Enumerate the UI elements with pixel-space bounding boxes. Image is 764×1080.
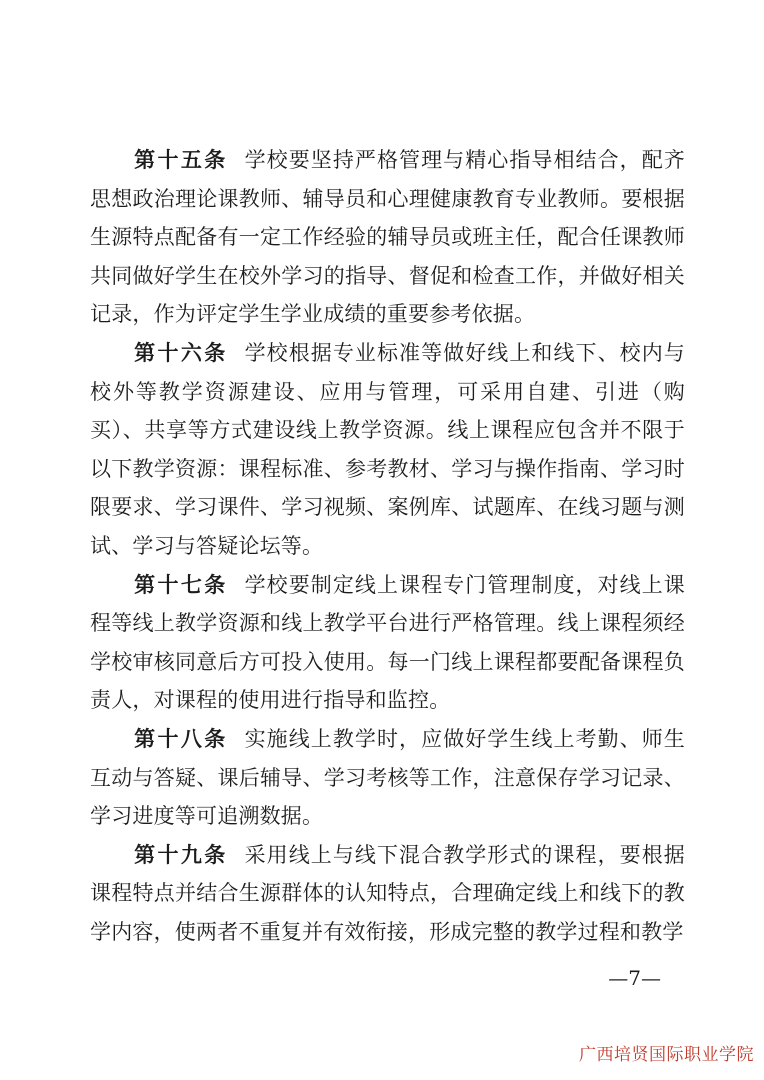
article-text: 学校要坚持严格管理与精心指导相结合，配齐思想政治理论课教师、辅导员和心理健康教育… [90,148,685,326]
article-text: 学校根据专业标准等做好线上和线下、校内与校外等教学资源建设、应用与管理，可采用自… [90,341,685,558]
paragraph-article-19: 第十九条采用线上与线下混合教学形式的课程，要根据课程特点并结合生源群体的认知特点… [90,836,685,952]
article-number: 第十六条 [134,340,227,365]
paragraph-article-16: 第十六条学校根据专业标准等做好线上和线下、校内与校外等教学资源建设、应用与管理，… [90,334,685,566]
paragraph-article-18: 第十八条实施线上教学时，应做好学生线上考勤、师生互动与答疑、课后辅导、学习考核等… [90,720,685,836]
paragraph-article-15: 第十五条学校要坚持严格管理与精心指导相结合，配齐思想政治理论课教师、辅导员和心理… [90,141,685,334]
article-number: 第十八条 [134,726,227,751]
document-body: 第十五条学校要坚持严格管理与精心指导相结合，配齐思想政治理论课教师、辅导员和心理… [90,141,685,998]
document-page: 第十五条学校要坚持严格管理与精心指导相结合，配齐思想政治理论课教师、辅导员和心理… [0,0,764,1080]
paragraph-article-17: 第十七条学校要制定线上课程专门管理制度，对线上课程等线上教学资源和线上教学平台进… [90,566,685,720]
page-number: —7— [90,959,685,998]
article-number: 第十七条 [134,572,227,597]
article-number: 第十五条 [134,147,227,172]
institution-watermark: 广西培贤国际职业学院 [579,1040,754,1065]
article-number: 第十九条 [134,842,227,867]
